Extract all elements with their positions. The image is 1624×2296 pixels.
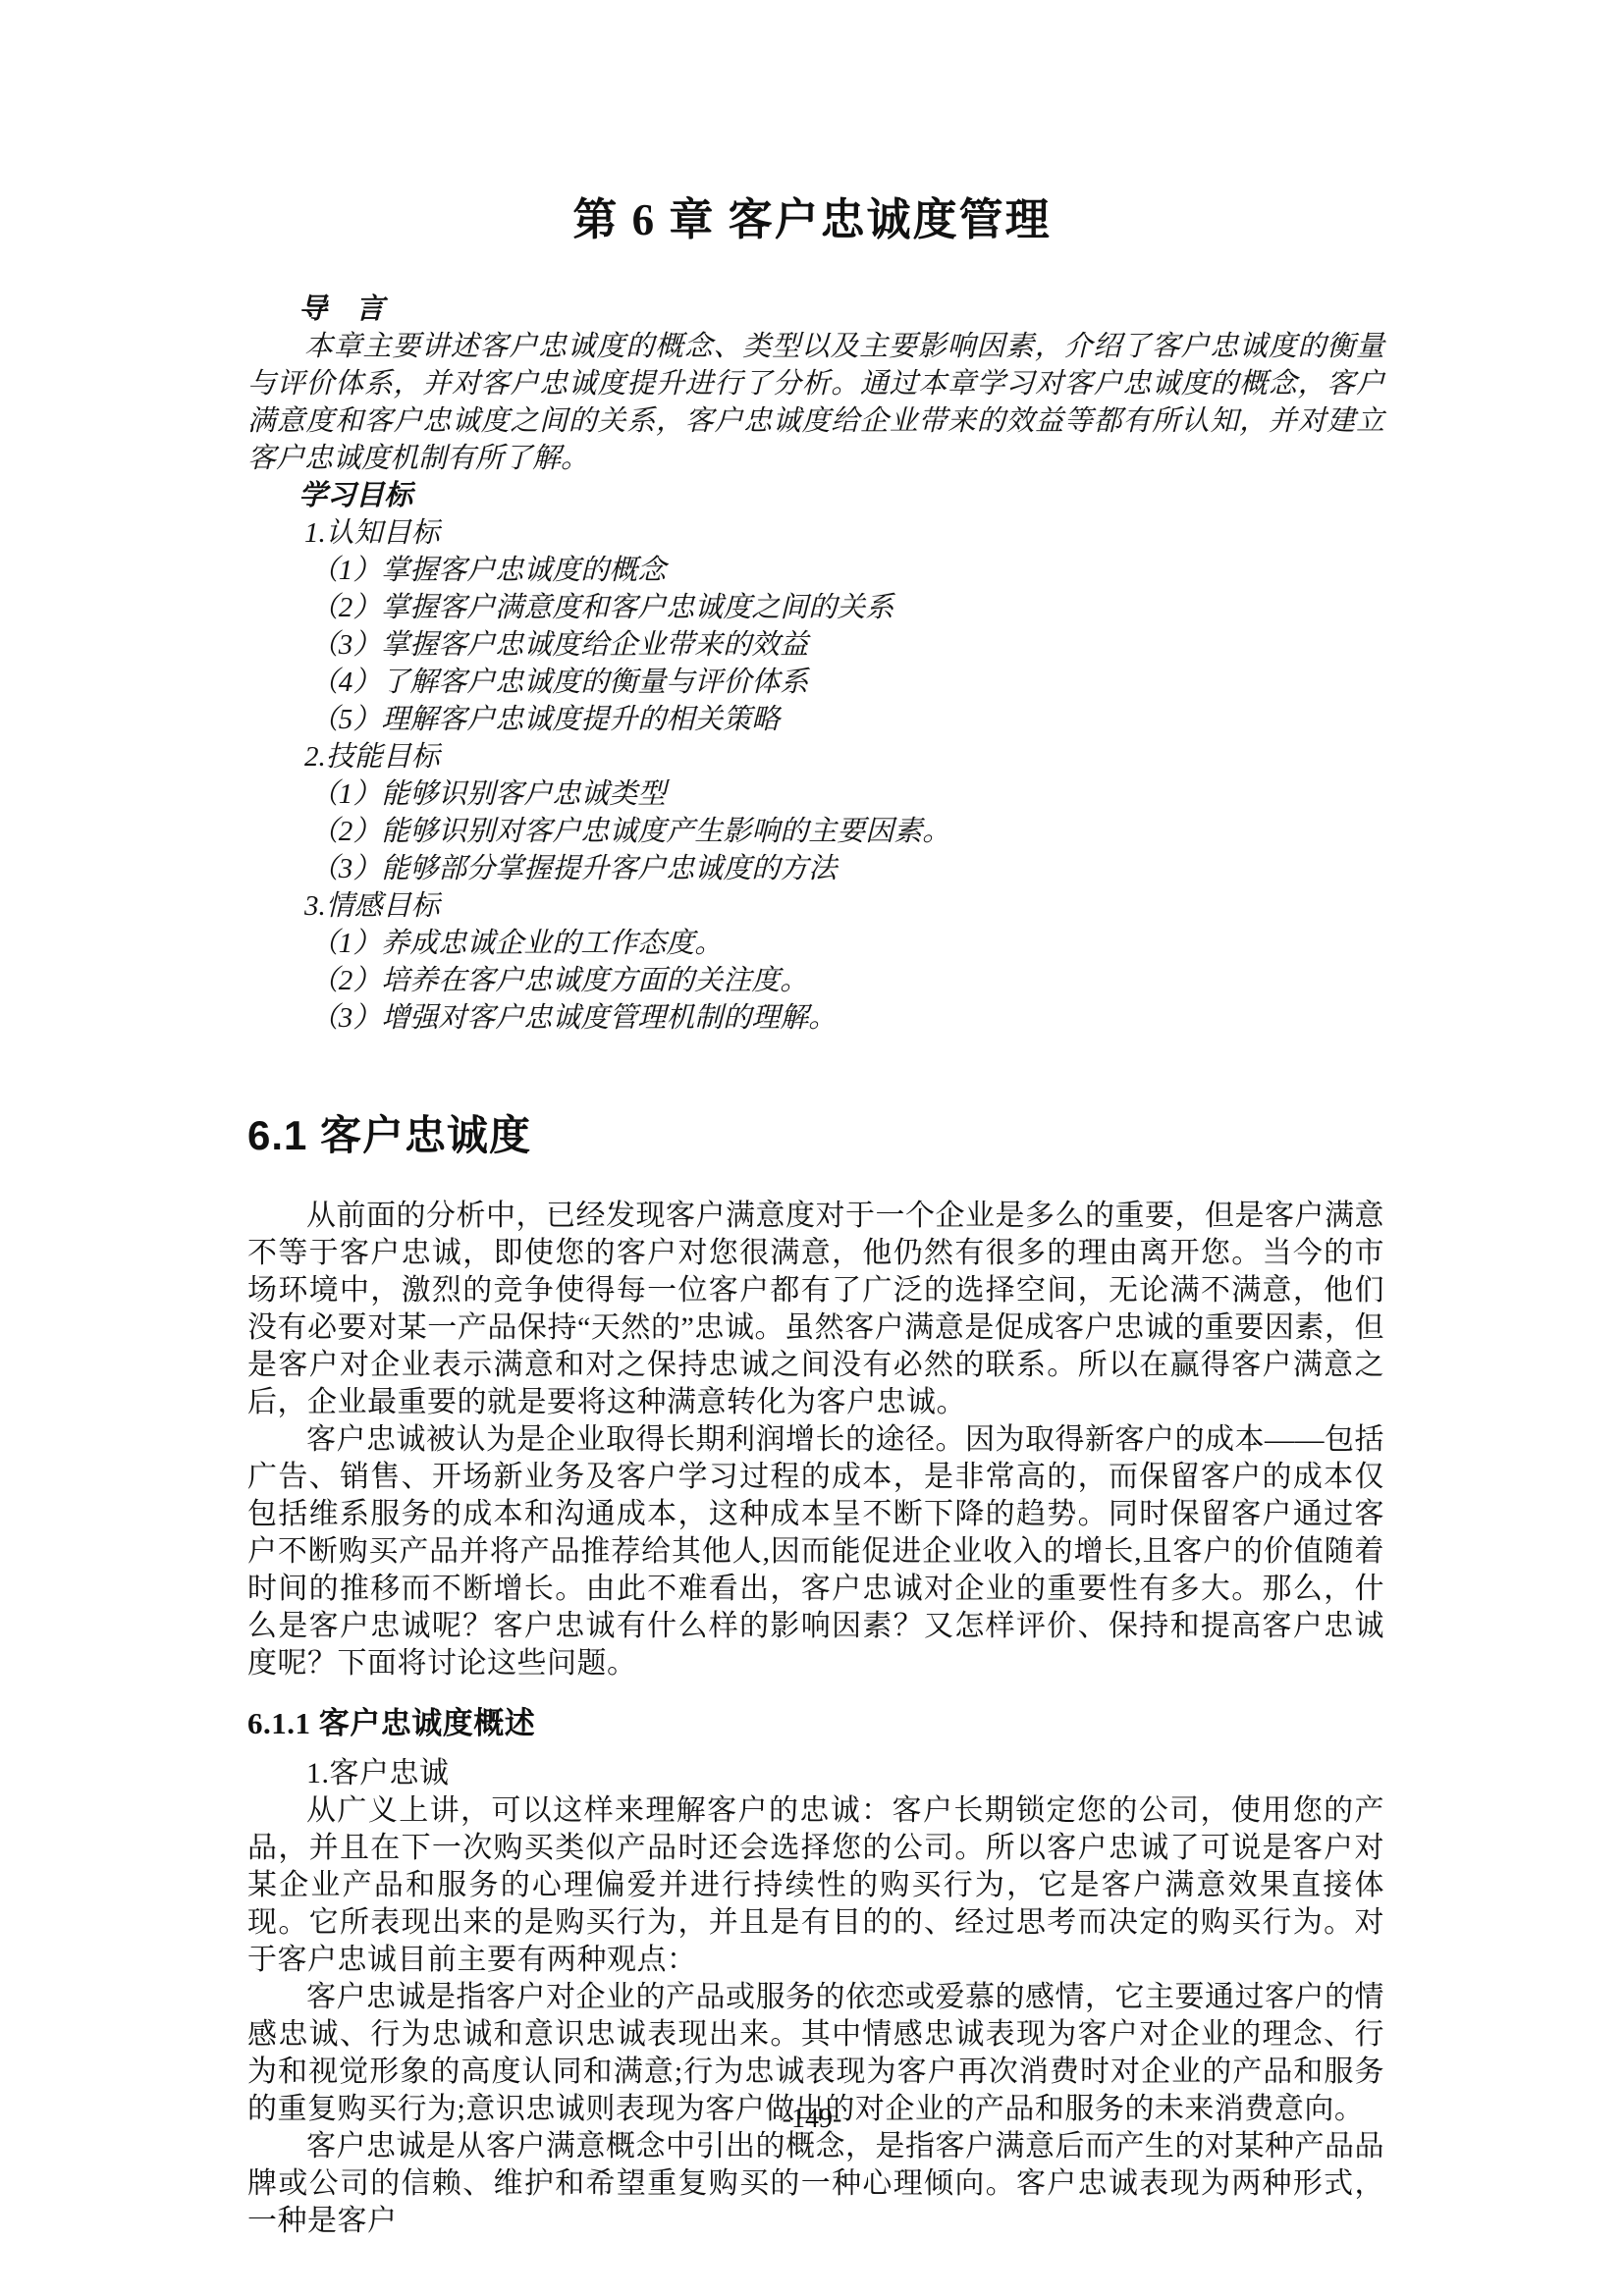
page-number: -149- — [0, 2103, 1624, 2136]
document-page: 第 6 章 客户忠诚度管理 导 言 本章主要讲述客户忠诚度的概念、类型以及主要影… — [0, 0, 1624, 2296]
objective-item: （2）培养在客户忠诚度方面的关注度。 — [247, 962, 1384, 999]
objective-item: （2）掌握客户满意度和客户忠诚度之间的关系 — [247, 589, 1384, 626]
section-body: 从前面的分析中，已经发现客户满意度对于一个企业是多么的重要，但是客户满意不等于客… — [247, 1198, 1384, 2240]
objective-item: （3）掌握客户忠诚度给企业带来的效益 — [247, 626, 1384, 664]
section-heading-6-1: 6.1 客户忠诚度 — [247, 1113, 1384, 1158]
chapter-title: 第 6 章 客户忠诚度管理 — [0, 0, 1624, 245]
section-paragraph-2: 客户忠诚被认为是企业取得长期利润增长的途径。因为取得新客户的成本——包括广告、销… — [247, 1421, 1384, 1682]
section-paragraph-1: 从前面的分析中，已经发现客户满意度对于一个企业是多么的重要，但是客户满意不等于客… — [247, 1198, 1384, 1421]
intro-and-objectives-block: 导 言 本章主要讲述客户忠诚度的概念、类型以及主要影响因素，介绍了客户忠诚度的衡… — [247, 291, 1384, 1037]
objectives-label: 学习目标 — [247, 477, 1384, 514]
objective-item: （5）理解客户忠诚度提升的相关策略 — [247, 701, 1384, 738]
page-content: 导 言 本章主要讲述客户忠诚度的概念、类型以及主要影响因素，介绍了客户忠诚度的衡… — [247, 291, 1384, 2240]
objective-item: （3）能够部分掌握提升客户忠诚度的方法 — [247, 850, 1384, 887]
objective-item: （1）能够识别客户忠诚类型 — [247, 775, 1384, 813]
objective-item: （2）能够识别对客户忠诚度产生影响的主要因素。 — [247, 813, 1384, 850]
objective-item: （1）养成忠诚企业的工作态度。 — [247, 925, 1384, 962]
intro-paragraph: 本章主要讲述客户忠诚度的概念、类型以及主要影响因素，介绍了客户忠诚度的衡量与评价… — [247, 328, 1384, 477]
intro-label: 导 言 — [247, 291, 1384, 328]
objective-group-2-title: 2.技能目标 — [247, 738, 1384, 775]
subsection-paragraph-1: 从广义上讲，可以这样来理解客户的忠诚：客户长期锁定您的公司，使用您的产品，并且在… — [247, 1792, 1384, 1979]
objective-group-1-title: 1.认知目标 — [247, 514, 1384, 552]
objective-item: （3）增强对客户忠诚度管理机制的理解。 — [247, 999, 1384, 1037]
objective-item: （1）掌握客户忠诚度的概念 — [247, 552, 1384, 589]
subsection-heading-6-1-1: 6.1.1 客户忠诚度概述 — [247, 1704, 1384, 1743]
objective-group-3-title: 3.情感目标 — [247, 887, 1384, 925]
objective-item: （4）了解客户忠诚度的衡量与评价体系 — [247, 664, 1384, 701]
subsection-item-label: 1.客户忠诚 — [247, 1755, 1384, 1792]
subsection-paragraph-3: 客户忠诚是从客户满意概念中引出的概念，是指客户满意后而产生的对某种产品品牌或公司… — [247, 2128, 1384, 2240]
